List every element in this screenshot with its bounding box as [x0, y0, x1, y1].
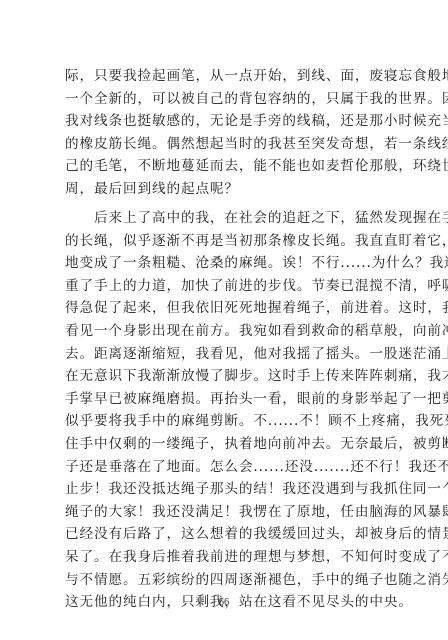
text-line: 手掌早已被麻绳磨损。再抬头一看，眼前的身影举起了一把剪刀，: [65, 388, 384, 411]
body-text: 际，只要我捡起画笔，从一点开始，到线、面，废寝忘食般地创造 一个全新的，可以被自…: [65, 65, 384, 614]
text-line: 与不情愿。五彩缤纷的四周逐渐褪色，手中的绳子也随之消失。在: [65, 569, 384, 592]
text-line: 己的毛笔，不断地蔓延而去，能不能也如麦哲伦那般，环绕世界一: [65, 155, 384, 178]
text-line: 我对线条也挺敏感的，无论是手旁的线稿，还是那小时候充当跳绳: [65, 110, 384, 133]
text-line: 住手中仅剩的一缕绳子，执着地向前冲去。无奈最后，被剪断的绳: [65, 433, 384, 456]
text-line: 地变成了一条粗糙、沧桑的麻绳。诶！不行......为什么？我逐渐加: [65, 252, 384, 275]
text-line: 在无意识下我渐渐放慢了脚步。这时手上传来阵阵刺痛，我才发现: [65, 365, 384, 388]
page-number: 66: [0, 597, 448, 608]
document-page: 际，只要我捡起画笔，从一点开始，到线、面，废寝忘食般地创造 一个全新的，可以被自…: [0, 0, 448, 640]
text-line: 似乎要将我手中的麻绳剪断。不......不！顾不上疼痛，我死死地抓: [65, 410, 384, 433]
text-line: 看见一个身影出现在前方。我宛如看到救命的稻草般，向前冲了过: [65, 320, 384, 343]
text-line: 去。距离逐渐缩短，我看见，他对我摇了摇头。一股迷茫涌上心头，: [65, 343, 384, 366]
text-line: 的长绳，似乎逐渐不再是当初那条橡皮长绳。我直直盯着它，慢慢: [65, 230, 384, 253]
text-line: 周，最后回到线的起点呢？: [65, 178, 384, 201]
text-line: 止步！我还没抵达绳子那头的结！我还没遇到与我抓住同一个结的: [65, 478, 384, 501]
text-line: 呆了。在我身后推着我前进的理想与梦想，不知何时变成了不甘心，: [65, 546, 384, 569]
text-line: 际，只要我捡起画笔，从一点开始，到线、面，废寝忘食般地创造: [65, 65, 384, 88]
paragraph-2: 后来上了高中的我，在社会的追赶之下，猛然发现握在手心 的长绳，似乎逐渐不再是当初…: [65, 207, 384, 614]
paragraph-1: 际，只要我捡起画笔，从一点开始，到线、面，废寝忘食般地创造 一个全新的，可以被自…: [65, 65, 384, 201]
text-line: 的橡皮筋长绳。偶然想起当时的我甚至突发奇想，若一条线经由自: [65, 133, 384, 156]
text-line: 得急促了起来，但我依旧死死地握着绳子，前进着。这时，我隐约: [65, 297, 384, 320]
text-line: 重了手上的力道，加快了前进的步伐。节奏已混搅不清，呼吸也变: [65, 275, 384, 298]
text-line: 后来上了高中的我，在社会的追赶之下，猛然发现握在手心: [65, 207, 384, 230]
text-line: 一个全新的，可以被自己的背包容纳的，只属于我的世界。因此，: [65, 88, 384, 111]
text-line: 绳子的大家！我还没满足！我愣在了原地，任由脑海的风暴肆虐着。: [65, 501, 384, 524]
text-line: 已经没有后路了，这么想着的我缓缓回过头，却被身后的情景所惊: [65, 523, 384, 546]
text-line: 子还是垂落在了地面。怎么会......还没.......还不行！我还不能在这里: [65, 456, 384, 479]
